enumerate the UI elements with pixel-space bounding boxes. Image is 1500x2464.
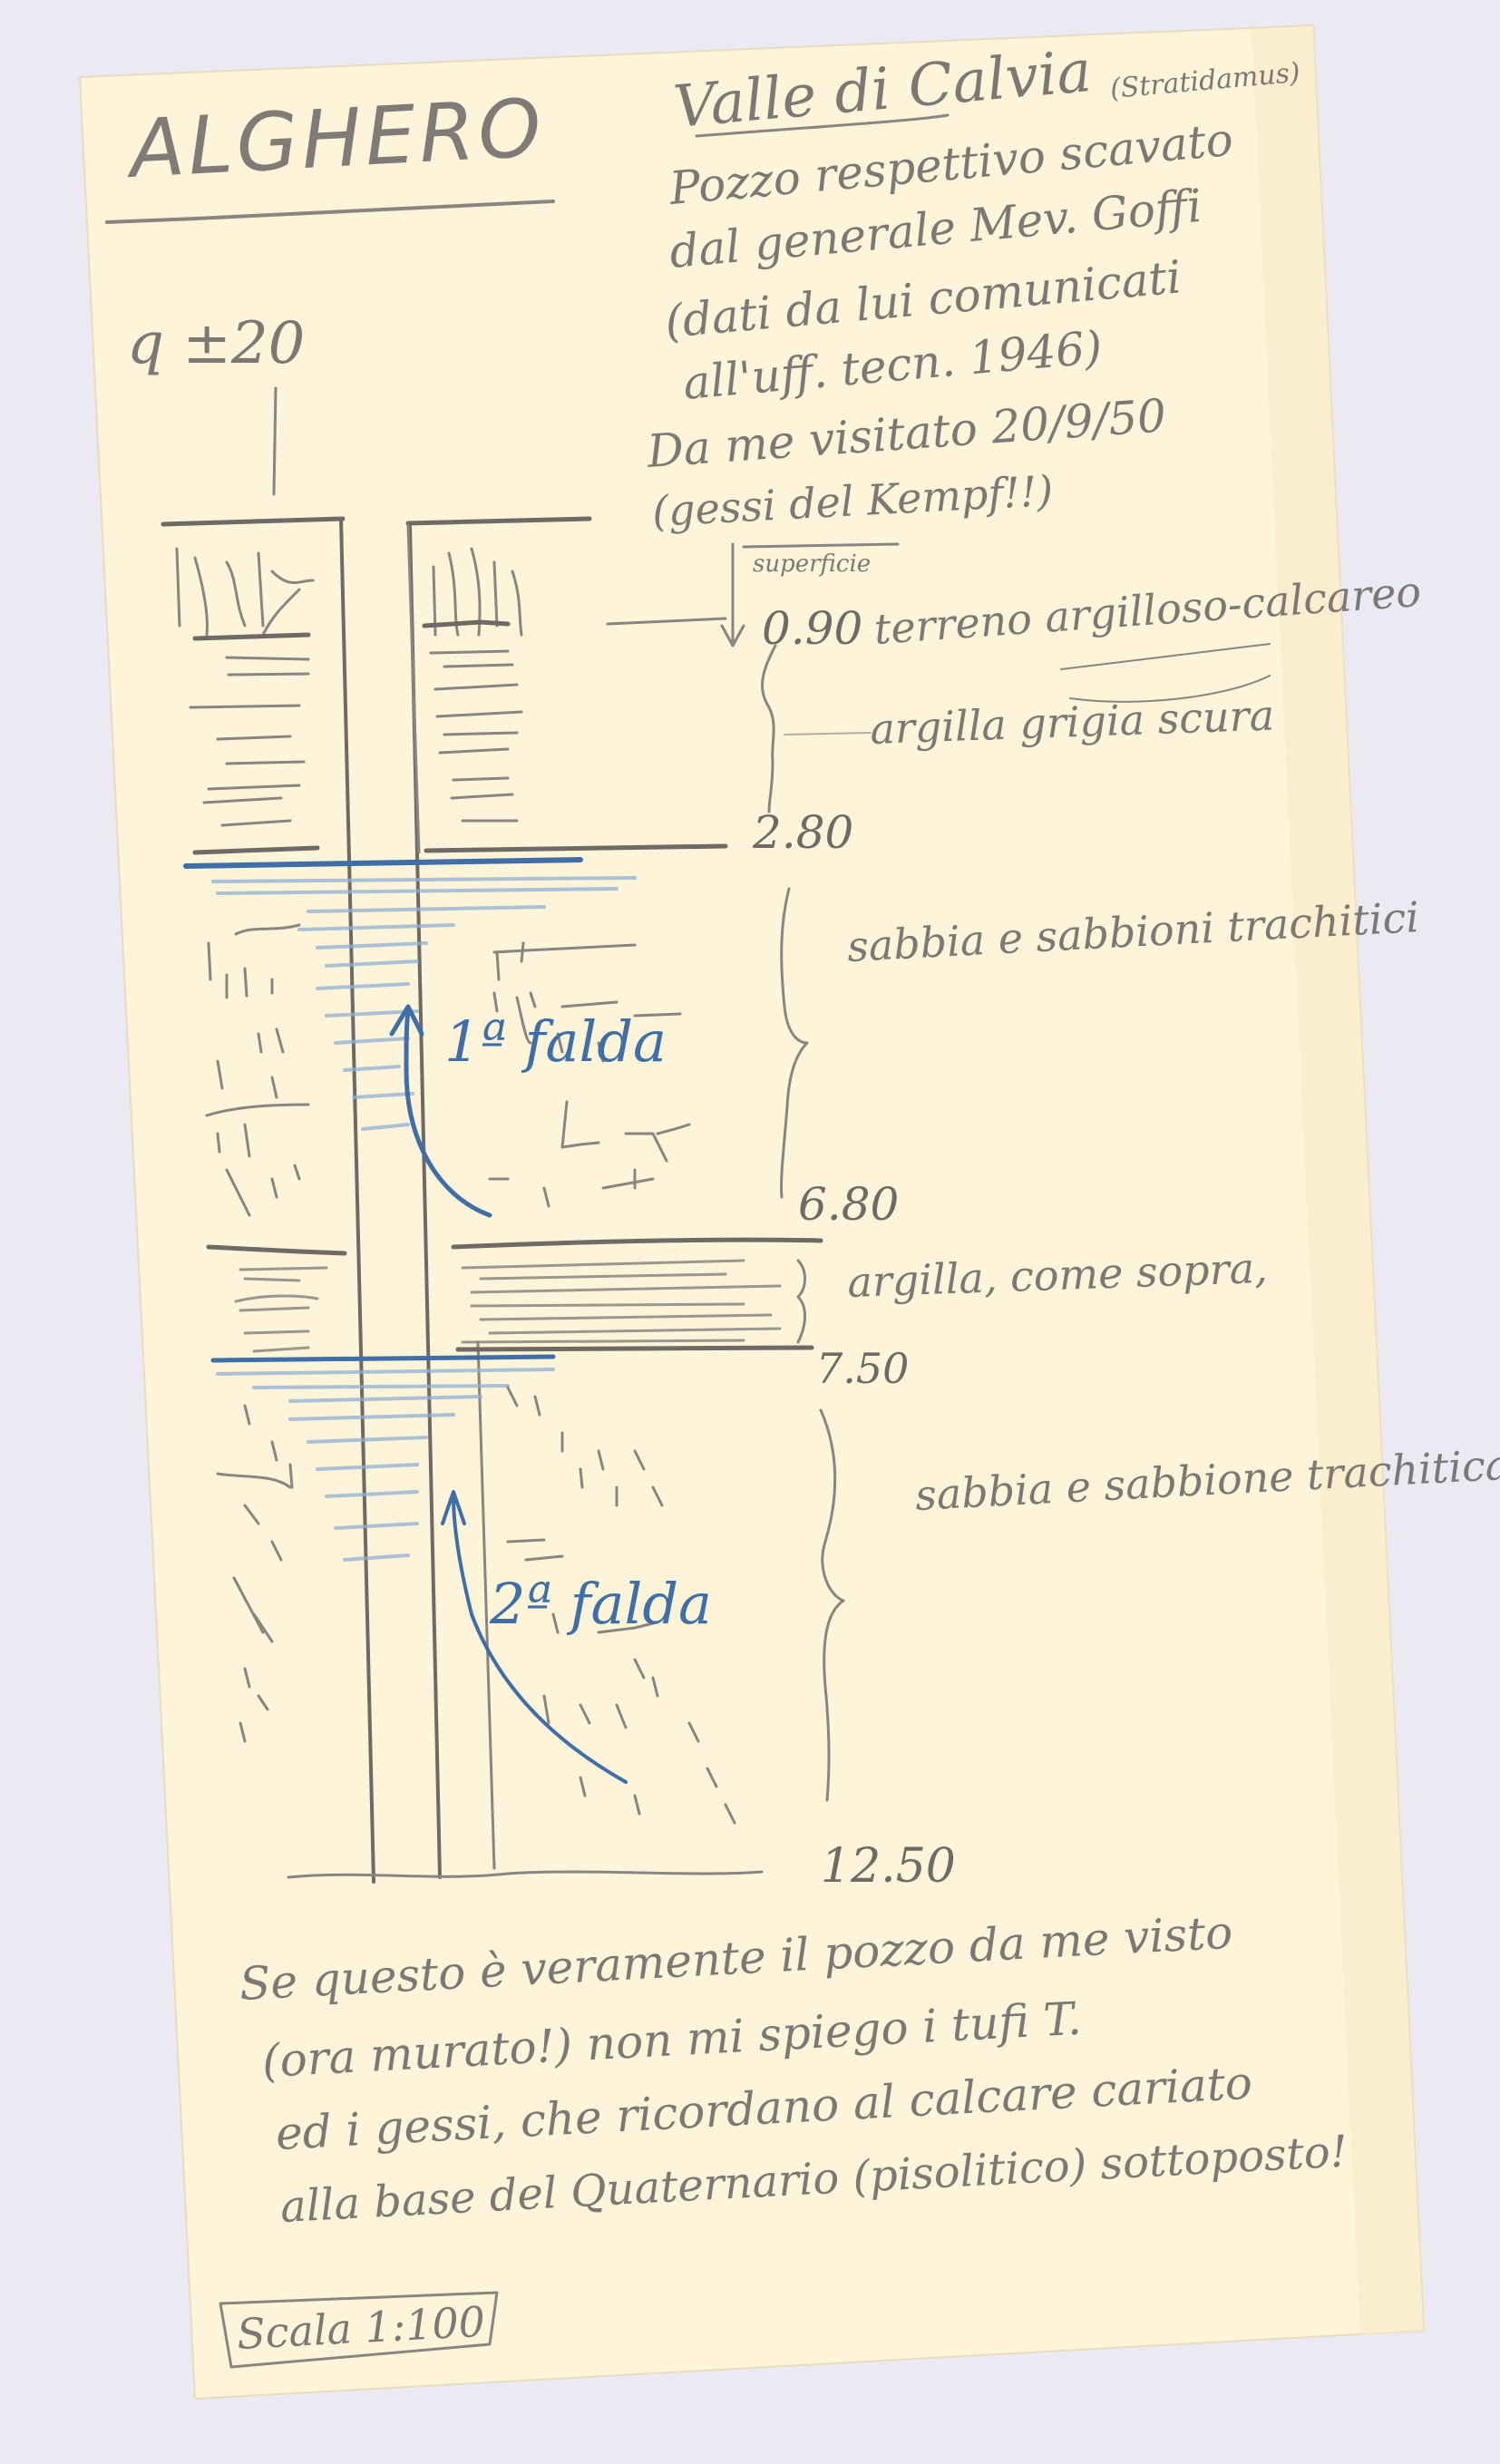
aquifer-2-label: 2ª falda [489, 1571, 712, 1637]
surface-label: superficie [753, 550, 871, 578]
elevation-tick [274, 388, 276, 494]
svg-text:7.50: 7.50 [816, 1344, 909, 1393]
svg-text:6.80: 6.80 [798, 1178, 899, 1231]
svg-text:0.90: 0.90 [762, 602, 862, 655]
svg-text:12.50: 12.50 [821, 1839, 956, 1894]
svg-text:2.80: 2.80 [752, 806, 853, 859]
aquifer-1-label: 1ª falda [444, 1008, 667, 1075]
scanned-card: ALGHERO q ±20 Valle di Calvia (Stratidam… [0, 0, 1500, 2464]
elevation-label: q ±20 [127, 310, 305, 377]
